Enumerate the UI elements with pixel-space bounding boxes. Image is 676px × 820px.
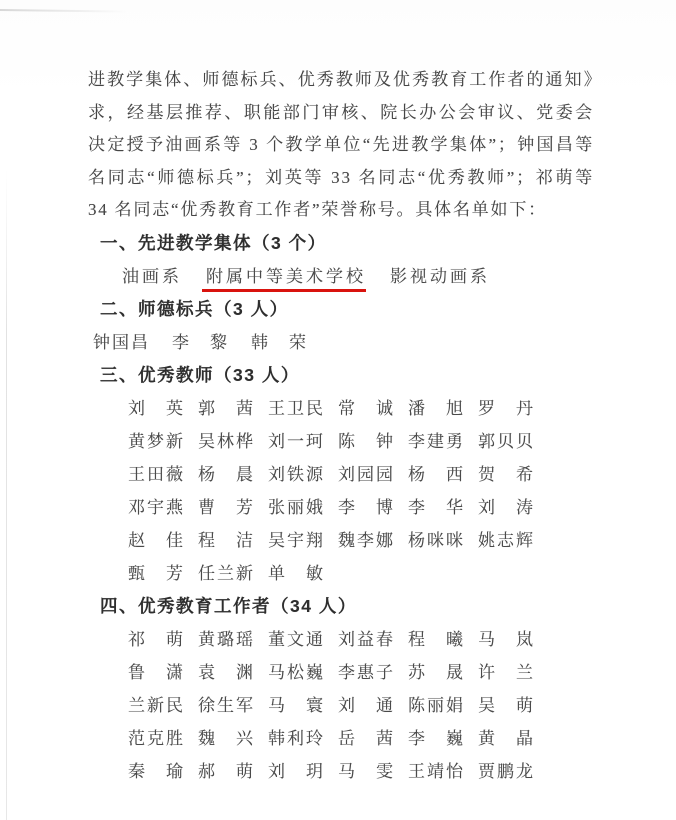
person-name: 许 兰 <box>478 656 548 689</box>
person-name: 马松巍 <box>268 656 338 689</box>
person-name: 任兰新 <box>198 557 268 590</box>
person-name: 郝 萌 <box>198 755 268 788</box>
intro-line: 求，经基层推荐、职能部门审核、院长办公会审议、党委会审定， <box>88 97 594 130</box>
person-name: 刘 英 <box>128 392 198 425</box>
person-name: 赵 佳 <box>128 524 198 557</box>
excellent-teacher-row: 刘 英 郭 茜 王卫民 常 诚 潘 旭 罗 丹 <box>0 392 676 425</box>
collective-item: 油画系 <box>122 260 182 293</box>
person-name: 李 华 <box>408 491 478 524</box>
person-name: 姚志辉 <box>478 524 548 557</box>
award-lists: 一、先进教学集体（3 个） 油画系 附属中等美术学校 影视动画系 二、师德标兵（… <box>0 227 676 788</box>
person-name: 苏 晟 <box>408 656 478 689</box>
person-name <box>338 557 408 590</box>
person-name: 张丽娥 <box>268 491 338 524</box>
intro-line: 名同志“师德标兵”；刘英等 33 名同志“优秀教师”；祁萌等 <box>88 162 594 195</box>
person-name: 黄梦新 <box>128 425 198 458</box>
excellent-worker-row: 秦 瑜 郝 萌 刘 玥 马 雯 王靖怡 贾鹏龙 <box>0 755 676 788</box>
excellent-teacher-row: 邓宇燕 曹 芳 张丽娥 李 博 李 华 刘 涛 <box>0 491 676 524</box>
person-name: 刘 玥 <box>268 755 338 788</box>
excellent-teacher-row: 赵 佳 程 洁 吴宇翔 魏李娜 杨咪咪 姚志辉 <box>0 524 676 557</box>
excellent-teacher-row: 黄梦新 吴林桦 刘一珂 陈 钟 李建勇 郭贝贝 <box>0 425 676 458</box>
person-name: 李建勇 <box>408 425 478 458</box>
person-name: 刘 涛 <box>478 491 548 524</box>
person-name: 郭 茜 <box>198 392 268 425</box>
intro-paragraph: 进教学集体、师德标兵、优秀教师及优秀教育工作者的通知》要 求，经基层推荐、职能部… <box>88 64 594 227</box>
intro-line: 决定授予油画系等 3 个教学单位“先进教学集体”；钟国昌等 3 <box>88 129 594 162</box>
person-name: 范克胜 <box>128 722 198 755</box>
person-name: 黄 晶 <box>478 722 548 755</box>
person-name: 马 雯 <box>338 755 408 788</box>
section-1-heading: 一、先进教学集体（3 个） <box>0 227 676 260</box>
person-name: 岳 茜 <box>338 722 408 755</box>
person-name: 邓宇燕 <box>128 491 198 524</box>
person-name: 程 洁 <box>198 524 268 557</box>
section-2-heading: 二、师德标兵（3 人） <box>0 293 676 326</box>
section-3-heading: 三、优秀教师（33 人） <box>0 359 676 392</box>
person-name: 刘一珂 <box>268 425 338 458</box>
person-name: 韩利玲 <box>268 722 338 755</box>
person-name: 吴 萌 <box>478 689 548 722</box>
person-name: 刘益春 <box>338 623 408 656</box>
person-name: 韩 荣 <box>251 326 308 359</box>
scanned-document-page: 进教学集体、师德标兵、优秀教师及优秀教育工作者的通知》要 求，经基层推荐、职能部… <box>0 0 676 820</box>
person-name <box>408 557 478 590</box>
person-name: 潘 旭 <box>408 392 478 425</box>
person-name: 魏李娜 <box>338 524 408 557</box>
scan-artifact-top-edge <box>0 9 128 13</box>
person-name: 程 曦 <box>408 623 478 656</box>
person-name: 钟国昌 <box>93 326 150 359</box>
person-name: 兰新民 <box>128 689 198 722</box>
person-name: 贾鹏龙 <box>478 755 548 788</box>
person-name: 祁 萌 <box>128 623 198 656</box>
person-name: 罗 丹 <box>478 392 548 425</box>
excellent-worker-row: 兰新民 徐生军 马 寰 刘 通 陈丽娟 吴 萌 <box>0 689 676 722</box>
collective-item: 影视动画系 <box>390 260 490 293</box>
collective-item-red-underlined: 附属中等美术学校 <box>206 260 366 293</box>
person-name: 杨 西 <box>408 458 478 491</box>
collective-list: 油画系 附属中等美术学校 影视动画系 <box>0 260 676 293</box>
person-name: 董文通 <box>268 623 338 656</box>
person-name: 李惠子 <box>338 656 408 689</box>
person-name: 马 岚 <box>478 623 548 656</box>
intro-line: 34 名同志“优秀教育工作者”荣誉称号。具体名单如下： <box>88 194 594 227</box>
person-name: 常 诚 <box>338 392 408 425</box>
person-name: 王田薇 <box>128 458 198 491</box>
person-name: 李 黎 <box>172 326 229 359</box>
excellent-teacher-row: 甄 芳 任兰新 单 敏 <box>0 557 676 590</box>
person-name: 吴林桦 <box>198 425 268 458</box>
person-name: 刘铁源 <box>268 458 338 491</box>
section-4-heading: 四、优秀教育工作者（34 人） <box>0 590 676 623</box>
person-name: 单 敏 <box>268 557 338 590</box>
intro-line: 进教学集体、师德标兵、优秀教师及优秀教育工作者的通知》要 <box>88 64 594 97</box>
model-teacher-names: 钟国昌 李 黎 韩 荣 <box>0 326 676 359</box>
person-name: 秦 瑜 <box>128 755 198 788</box>
person-name: 鲁 潇 <box>128 656 198 689</box>
person-name: 郭贝贝 <box>478 425 548 458</box>
excellent-teacher-row: 王田薇 杨 晨 刘铁源 刘园园 杨 西 贺 希 <box>0 458 676 491</box>
person-name: 李 博 <box>338 491 408 524</box>
person-name: 吴宇翔 <box>268 524 338 557</box>
excellent-worker-row: 鲁 潇 袁 渊 马松巍 李惠子 苏 晟 许 兰 <box>0 656 676 689</box>
person-name: 曹 芳 <box>198 491 268 524</box>
person-name: 刘园园 <box>338 458 408 491</box>
person-name: 杨咪咪 <box>408 524 478 557</box>
person-name: 马 寰 <box>268 689 338 722</box>
person-name: 袁 渊 <box>198 656 268 689</box>
person-name: 陈 钟 <box>338 425 408 458</box>
person-name: 王靖怡 <box>408 755 478 788</box>
person-name: 徐生军 <box>198 689 268 722</box>
person-name: 李 巍 <box>408 722 478 755</box>
person-name: 陈丽娟 <box>408 689 478 722</box>
person-name <box>478 557 548 590</box>
person-name: 黄璐瑶 <box>198 623 268 656</box>
excellent-worker-row: 范克胜 魏 兴 韩利玲 岳 茜 李 巍 黄 晶 <box>0 722 676 755</box>
person-name: 贺 希 <box>478 458 548 491</box>
person-name: 王卫民 <box>268 392 338 425</box>
person-name: 杨 晨 <box>198 458 268 491</box>
person-name: 魏 兴 <box>198 722 268 755</box>
excellent-worker-row: 祁 萌 黄璐瑶 董文通 刘益春 程 曦 马 岚 <box>0 623 676 656</box>
person-name: 甄 芳 <box>128 557 198 590</box>
person-name: 刘 通 <box>338 689 408 722</box>
